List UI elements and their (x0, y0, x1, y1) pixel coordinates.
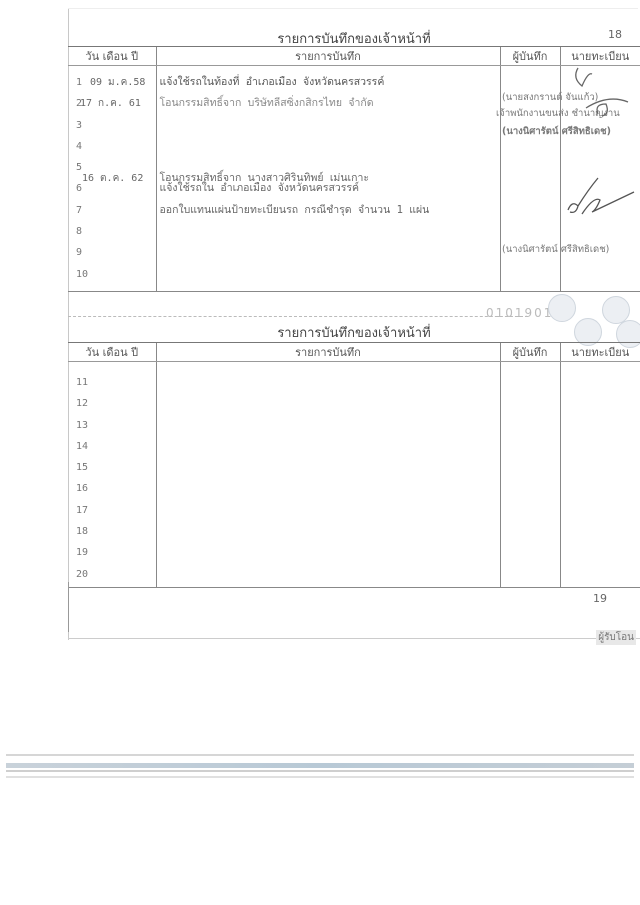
line-number: 4 (68, 136, 156, 157)
entry-text: ออกใบแทนแผ่นป้ายทะเบียนรถ กรณีชำรุด จำนว… (157, 200, 500, 221)
col-header-entry: รายการบันทึก (156, 343, 500, 362)
scan-artifact-band (6, 754, 634, 756)
line-number: 13 (68, 415, 156, 436)
col-header-entry: รายการบันทึก (156, 47, 500, 66)
line-number: 217 ก.ค. 61 (68, 93, 156, 114)
signature-scribble-icon (548, 170, 638, 230)
entry-text: แจ้งใช้รถในท้องที่ อำเภอเมือง จังหวัดนคร… (157, 72, 500, 93)
entry-date: 09 ม.ค.58 (90, 72, 145, 93)
entry-column: แจ้งใช้รถในท้องที่ อำเภอเมือง จังหวัดนคร… (156, 66, 500, 292)
recorder-column (500, 362, 560, 588)
col-header-registrar: นายทะเบียน (560, 343, 640, 362)
page-number: 19 (593, 592, 607, 605)
col-header-recorder: ผู้บันทึก (500, 47, 560, 66)
line-number: 109 ม.ค.58 (68, 72, 156, 93)
date-column: 11 12 13 14 15 16 17 18 19 20 (68, 362, 156, 588)
signature-name: (นางนิศารัตน์ ศรีสิทธิเดช) (502, 124, 611, 139)
scan-artifact-band (6, 763, 634, 768)
line-number: 16 (68, 478, 156, 499)
registrar-column (560, 362, 640, 588)
line-number: 11 (68, 372, 156, 393)
line-number: 12 (68, 393, 156, 414)
line-number: 10 (68, 264, 156, 285)
line-number: 516 ต.ค. 62 (68, 157, 156, 178)
line-number: 8 (68, 221, 156, 242)
sheet-footer: 19 (68, 582, 640, 632)
line-number: 14 (68, 436, 156, 457)
line-number: 7 (68, 200, 156, 221)
line-number: 17 (68, 500, 156, 521)
page-number: 18 (608, 28, 622, 41)
signature-scribble-icon (558, 64, 638, 124)
scan-artifact-band (6, 776, 634, 778)
line-number: 15 (68, 457, 156, 478)
entry-date: 17 ก.ค. 61 (80, 93, 141, 114)
footer-rule (68, 638, 640, 639)
col-header-date: วัน เดือน ปี (68, 343, 156, 362)
perforation-line (68, 316, 528, 317)
serial-number: 0101901 (486, 306, 553, 320)
line-number: 18 (68, 521, 156, 542)
line-number: 9 (68, 242, 156, 263)
line-number: 19 (68, 542, 156, 563)
scan-artifact-band (6, 770, 634, 772)
transferee-label: ผู้รับโอน (596, 630, 636, 645)
watermark-seal-icon (548, 294, 576, 322)
log-table: วัน เดือน ปี รายการบันทึก ผู้บันทึก นายท… (68, 342, 640, 588)
page-top-edge (68, 8, 638, 9)
col-header-date: วัน เดือน ปี (68, 47, 156, 66)
entry-column (156, 362, 500, 588)
entry-text: โอนกรรมสิทธิ์จาก บริษัทลีสซิ่งกสิกรไทย จ… (157, 93, 500, 114)
col-header-registrar: นายทะเบียน (560, 47, 640, 66)
signature-name: (นางนิศารัตน์ ศรีสิทธิเดช) (502, 242, 609, 257)
line-number: 3 (68, 115, 156, 136)
date-column: 109 ม.ค.58 217 ก.ค. 61 3 4 516 ต.ค. 62 6… (68, 66, 156, 292)
col-header-recorder: ผู้บันทึก (500, 343, 560, 362)
sheet-title: รายการบันทึกของเจ้าหน้าที่ (68, 322, 640, 343)
line-number: 6 (68, 178, 156, 199)
entry-text: แจ้งใช้รถใน อำเภอเมือง จังหวัดนครสวรรค์ (157, 178, 500, 199)
